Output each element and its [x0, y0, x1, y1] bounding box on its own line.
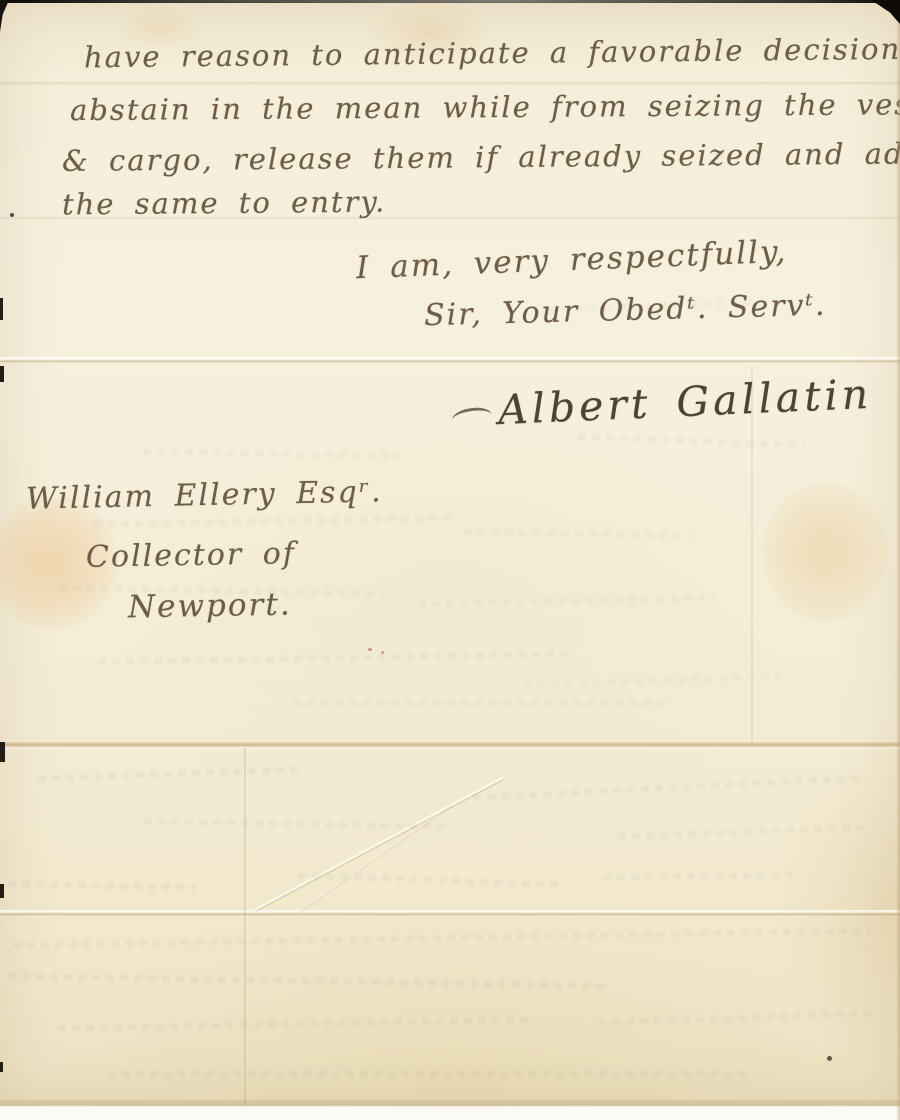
- scan-edge-mark: [0, 1062, 3, 1072]
- scan-edge-mark: [0, 298, 3, 320]
- ink-fleck: [827, 1056, 832, 1061]
- ink-fleck: [10, 213, 14, 217]
- letter-body-line-2: abstain in the mean while from seizing t…: [70, 87, 900, 127]
- paper-bottom-edge: [0, 1100, 900, 1108]
- ink-fleck: [381, 651, 384, 654]
- scanned-letter-page: have reason to anticipate a favorable de…: [0, 0, 900, 1120]
- recipient-place: Newport.: [128, 587, 292, 626]
- letter-body-line-3: & cargo, release them if already seized …: [62, 136, 900, 178]
- scan-background-strip: [0, 1106, 900, 1120]
- letter-body-line-4: the same to entry.: [62, 185, 386, 222]
- paper-right-edge: [896, 0, 900, 1120]
- ink-fleck: [368, 648, 372, 651]
- recipient-title: Collector of: [86, 536, 297, 575]
- scan-edge-top: [0, 0, 900, 3]
- scan-edge-mark: [0, 366, 4, 382]
- recipient-name: William Ellery Esqʳ.: [26, 474, 383, 516]
- scan-edge-mark: [0, 884, 4, 898]
- scan-edge-mark: [0, 742, 5, 762]
